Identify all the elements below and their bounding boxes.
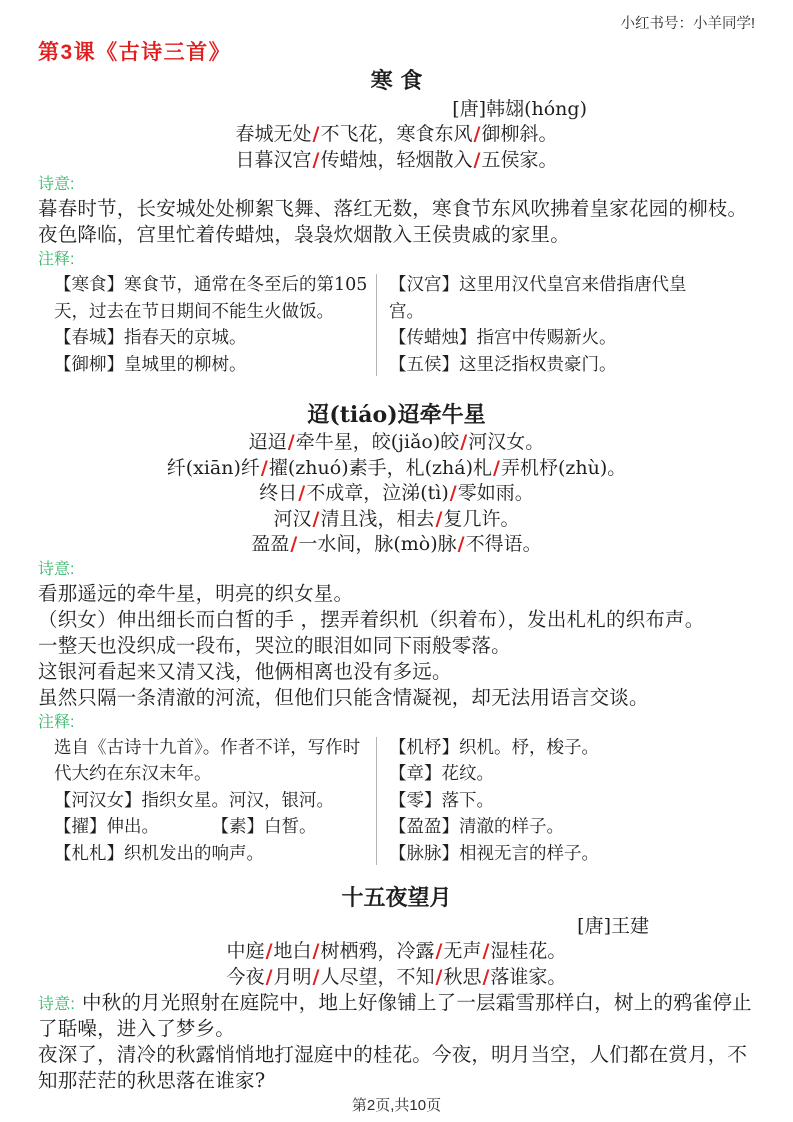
pause-slash: / <box>312 149 321 171</box>
pause-slash: / <box>435 508 444 530</box>
pause-slash: / <box>459 431 468 453</box>
poem-author: [唐]韩翃(hóng) <box>38 96 755 122</box>
poem-line: 今夜/月明/人尽望，不知/秋思/落谁家。 <box>38 965 755 991</box>
pause-slash: / <box>449 482 458 504</box>
watermark-text: 小红书号：小羊同学! <box>38 14 755 34</box>
shiyi-text: 夜色降临，宫里忙着传蜡烛，袅袅炊烟散入王侯贵戚的家里。 <box>38 222 755 248</box>
zhushi-notes: 选自《古诗十九首》。作者不详，写作时代大约在东汉末年。 【河汉女】指织女星。河汉… <box>38 735 755 868</box>
poem-line: 河汉/清且浅，相去/复几许。 <box>38 507 755 533</box>
zhushi-left-column: 选自《古诗十九首》。作者不详，写作时代大约在东汉末年。 【河汉女】指织女星。河汉… <box>38 735 368 868</box>
pause-slash: / <box>265 966 274 988</box>
shiyi-label: 诗意: <box>38 559 755 581</box>
column-divider <box>376 737 377 866</box>
page-number: 第2页,共10页 <box>38 1096 755 1116</box>
poem-line: 日暮汉宫/传蜡烛，轻烟散入/五侯家。 <box>38 148 755 174</box>
shiyi-label: 诗意: <box>38 174 755 196</box>
poem-line: 纤(xiān)纤/擢(zhuó)素手，札(zhá)札/弄机杼(zhù)。 <box>38 456 755 482</box>
shiyi-label: 诗意: <box>38 996 75 1013</box>
note-item: 【零】落下。 <box>389 788 699 815</box>
pause-slash: / <box>289 533 298 555</box>
note-item: 【五侯】这里泛指权贵豪门。 <box>389 352 699 379</box>
zhushi-left-column: 【寒食】寒食节，通常在冬至后的第105天，过去在节日期间不能生火做饭。 【春城】… <box>38 272 368 378</box>
pause-slash: / <box>297 482 306 504</box>
poem-section-shiwuye: 十五夜望月 [唐]王建 中庭/地白/树栖鸦，冷露/无声/湿桂花。 今夜/月明/人… <box>38 883 755 1094</box>
shiyi-text: 虽然只隔一条清澈的河流，但他们只能含情凝视，却无法用语言交谈。 <box>38 685 755 711</box>
shiyi-text: 这银河看起来又清又浅，他俩相离也没有多远。 <box>38 659 755 685</box>
note-item: 【御柳】皇城里的柳树。 <box>54 352 368 379</box>
poem-section-tiaotiao: 迢(tiáo)迢牵牛星 迢迢/牵牛星，皎(jiǎo)皎/河汉女。 纤(xiān)… <box>38 400 755 867</box>
shiyi-text: （织女）伸出细长而白皙的手 ，摆弄着织机（织着布），发出札札的织布声。 <box>38 607 755 633</box>
note-item: 【寒食】寒食节，通常在冬至后的第105天，过去在节日期间不能生火做饭。 <box>54 272 368 325</box>
document-page: 小红书号：小羊同学! 第3课《古诗三首》 寒 食 [唐]韩翃(hóng) 春城无… <box>0 0 793 1122</box>
lesson-title: 第3课《古诗三首》 <box>38 40 755 66</box>
pause-slash: / <box>473 149 482 171</box>
pause-slash: / <box>265 940 274 962</box>
pause-slash: / <box>473 123 482 145</box>
shiyi-text: 暮春时节，长安城处处柳絮飞舞、落红无数，寒食节东风吹拂着皇家花园的柳枝。 <box>38 196 755 222</box>
poem-title: 十五夜望月 <box>38 883 755 913</box>
note-item: 【擢】伸出。 【素】白皙。 <box>54 814 368 841</box>
poem-line: 终日/不成章，泣涕(tì)/零如雨。 <box>38 481 755 507</box>
pause-slash: / <box>481 966 490 988</box>
zhushi-label: 注释: <box>38 249 755 271</box>
pause-slash: / <box>260 457 269 479</box>
note-item: 选自《古诗十九首》。作者不详，写作时代大约在东汉末年。 <box>54 735 368 788</box>
zhushi-notes: 【寒食】寒食节，通常在冬至后的第105天，过去在节日期间不能生火做饭。 【春城】… <box>38 272 755 378</box>
poem-author: [唐]王建 <box>38 913 755 939</box>
poem-title: 寒 食 <box>38 66 755 96</box>
note-item: 【汉宫】这里用汉代皇宫来借指唐代皇宫。 <box>389 272 699 325</box>
poem-section-hanshi: 寒 食 [唐]韩翃(hóng) 春城无处/不飞花，寒食东风/御柳斜。 日暮汉宫/… <box>38 66 755 378</box>
note-item: 【脉脉】相视无言的样子。 <box>389 841 699 868</box>
column-divider <box>376 274 377 376</box>
poem-line: 春城无处/不飞花，寒食东风/御柳斜。 <box>38 122 755 148</box>
shiyi-text: 中秋的月光照射在庭院中，地上好像铺上了一层霜雪那样白，树上的鸦雀停止了聒噪，进入… <box>38 991 752 1040</box>
pause-slash: / <box>457 533 466 555</box>
pause-slash: / <box>312 966 321 988</box>
pause-slash: / <box>287 431 296 453</box>
shiyi-inline: 诗意:中秋的月光照射在庭院中，地上好像铺上了一层霜雪那样白，树上的鸦雀停止了聒噪… <box>38 990 755 1042</box>
pause-slash: / <box>312 940 321 962</box>
note-item: 【机杼】织机。杼，梭子。 <box>389 735 699 762</box>
shiyi-text: 一整天也没织成一段布，哭泣的眼泪如同下雨般零落。 <box>38 633 755 659</box>
pause-slash: / <box>312 123 321 145</box>
note-item: 【传蜡烛】指宫中传赐新火。 <box>389 325 699 352</box>
zhushi-label: 注释: <box>38 712 755 734</box>
shiyi-text: 看那遥远的牵牛星，明亮的织女星。 <box>38 581 755 607</box>
pause-slash: / <box>312 508 321 530</box>
pause-slash: / <box>492 457 501 479</box>
note-item: 【河汉女】指织女星。河汉，银河。 <box>54 788 368 815</box>
note-item: 【札札】织机发出的响声。 <box>54 841 368 868</box>
note-item: 【章】花纹。 <box>389 761 699 788</box>
zhushi-right-column: 【汉宫】这里用汉代皇宫来借指唐代皇宫。 【传蜡烛】指宫中传赐新火。 【五侯】这里… <box>389 272 755 378</box>
poem-line: 迢迢/牵牛星，皎(jiǎo)皎/河汉女。 <box>38 430 755 456</box>
zhushi-right-column: 【机杼】织机。杼，梭子。 【章】花纹。 【零】落下。 【盈盈】清澈的样子。 【脉… <box>389 735 755 868</box>
pause-slash: / <box>435 966 444 988</box>
note-item: 【盈盈】清澈的样子。 <box>389 814 699 841</box>
pause-slash: / <box>481 940 490 962</box>
poem-title: 迢(tiáo)迢牵牛星 <box>38 400 755 430</box>
poem-line: 中庭/地白/树栖鸦，冷露/无声/湿桂花。 <box>38 939 755 965</box>
poem-line: 盈盈/一水间，脉(mò)脉/不得语。 <box>38 532 755 558</box>
pause-slash: / <box>435 940 444 962</box>
shiyi-text: 夜深了，清冷的秋露悄悄地打湿庭中的桂花。今夜，明月当空，人们都在赏月，不知那茫茫… <box>38 1042 755 1094</box>
note-item: 【春城】指春天的京城。 <box>54 325 368 352</box>
